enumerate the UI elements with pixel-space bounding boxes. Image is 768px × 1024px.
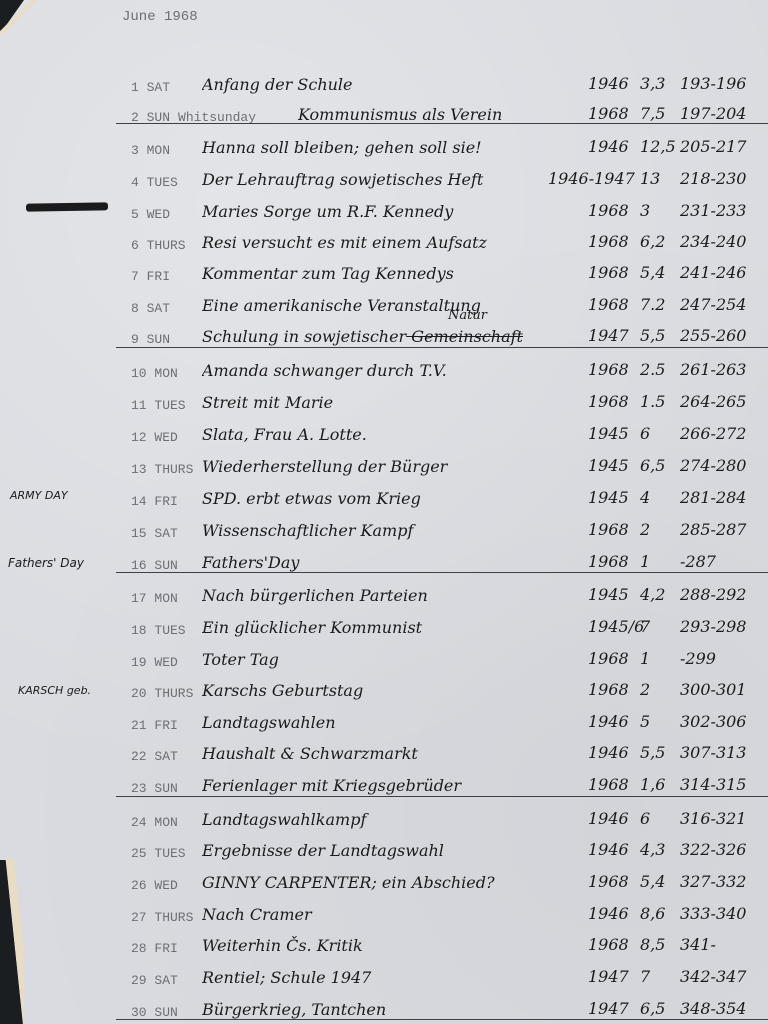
year-value: 1946 [588, 809, 634, 828]
day-row: 20 THURSKarschs Geburtstag19682300-301 [0, 672, 768, 703]
day-label: 12 WED [131, 430, 178, 445]
hours-value: 6 [640, 424, 676, 443]
page-range: 327-332 [680, 872, 768, 891]
day-label: 4 TUES [131, 175, 178, 190]
inserted-word: Natur [448, 308, 487, 323]
page-range: 288-292 [680, 585, 768, 604]
year-value: 1945 [588, 488, 634, 507]
diary-entry: Karschs Geburtstag [202, 681, 582, 700]
hours-value: 5,5 [640, 326, 676, 345]
year-value: 1946-1947 [548, 169, 594, 188]
page-range: 247-254 [680, 295, 768, 314]
diary-entry: Nach bürgerlichen Parteien [202, 586, 582, 605]
year-value: 1947 [588, 326, 634, 345]
page-range: 316-321 [680, 809, 768, 828]
page-range: 205-217 [680, 137, 768, 156]
hours-value: 4,3 [640, 840, 676, 859]
day-row: 13 THURSWiederherstellung der Bürger1945… [0, 448, 768, 479]
page-range: -287 [680, 552, 768, 571]
day-label: 14 FRI [131, 494, 178, 509]
year-value: 1968 [588, 201, 634, 220]
day-label: 29 SAT [131, 973, 178, 988]
day-row: 4 TUESDer Lehrauftrag sowjetisches Heft1… [0, 161, 768, 192]
diary-page: June 1968 1 SATAnfang der Schule19463,31… [0, 0, 768, 1024]
diary-entry: SPD. erbt etwas vom Krieg [202, 489, 582, 508]
diary-entry: Landtagswahlen [202, 713, 582, 732]
page-range: 234-240 [680, 232, 768, 251]
year-value: 1968 [588, 104, 634, 123]
hours-value: 5,4 [640, 872, 676, 891]
hours-value: 6,5 [640, 456, 676, 475]
day-label: 7 FRI [131, 269, 170, 284]
page-range: 193-196 [680, 74, 768, 93]
diary-entry: Landtagswahlkampf [202, 810, 582, 829]
week-divider [116, 796, 768, 797]
year-value: 1945 [588, 424, 634, 443]
hours-value: 8,5 [640, 935, 676, 954]
page-range: 307-313 [680, 743, 768, 762]
day-row: 22 SATHaushalt & Schwarzmarkt19465,5307-… [0, 735, 768, 766]
page-range: 218-230 [680, 169, 768, 188]
hours-value: 2 [640, 520, 676, 539]
day-row: 28 FRIWeiterhin Čs. Kritik19688,5341- [0, 927, 768, 958]
hours-value: 5,4 [640, 263, 676, 282]
year-value: 1968 [588, 232, 634, 251]
page-range: 261-263 [680, 360, 768, 379]
diary-entry: Anfang der Schule [202, 75, 582, 94]
page-range: 322-326 [680, 840, 768, 859]
page-range: 302-306 [680, 712, 768, 731]
day-label: 15 SAT [131, 526, 178, 541]
day-row: 27 THURSNach Cramer19468,6333-340 [0, 896, 768, 927]
day-row: 21 FRILandtagswahlen19465302-306 [0, 704, 768, 735]
day-row: 6 THURSResi versucht es mit einem Aufsat… [0, 224, 768, 255]
day-row: 30 SUNBürgerkrieg, Tantchen19476,5348-35… [0, 991, 768, 1022]
year-value: 1968 [588, 649, 634, 668]
year-value: 1947 [588, 999, 634, 1018]
page-range: -299 [680, 649, 768, 668]
day-row: 8 SATEine amerikanische Veranstaltung196… [0, 287, 768, 318]
year-value: 1945/6 [588, 617, 634, 636]
year-value: 1968 [588, 263, 634, 282]
page-range: 314-315 [680, 775, 768, 794]
diary-entry: Eine amerikanische Veranstaltung [202, 296, 582, 315]
diary-entry: Der Lehrauftrag sowjetisches Heft [202, 170, 582, 189]
day-row: 7 FRIKommentar zum Tag Kennedys19685,424… [0, 255, 768, 286]
diary-entry: Bürgerkrieg, Tantchen [202, 1000, 582, 1019]
day-label: 17 MON [131, 591, 178, 606]
day-row: 14 FRISPD. erbt etwas vom Krieg19454281-… [0, 480, 768, 511]
year-value: 1947 [588, 967, 634, 986]
hours-value: 7 [640, 617, 676, 636]
day-label: 30 SUN [131, 1005, 178, 1020]
day-label: 6 THURS [131, 238, 186, 253]
month-title: June 1968 [122, 9, 198, 25]
margin-note-fathers-day: Fathers' Day [8, 556, 84, 570]
day-row: 11 TUESStreit mit Marie19681.5264-265 [0, 384, 768, 415]
diary-entry: Ferienlager mit Kriegsgebrüder [202, 776, 582, 795]
scribbled-out-note [26, 202, 108, 211]
hours-value: 1 [640, 552, 676, 571]
year-value: 1946 [588, 840, 634, 859]
day-label: 1 SAT [131, 80, 170, 95]
day-label: 11 TUES [131, 398, 186, 413]
day-label: 22 SAT [131, 749, 178, 764]
day-row: 19 WEDToter Tag19681-299 [0, 641, 768, 672]
page-range: 342-347 [680, 967, 768, 986]
year-value: 1968 [588, 552, 634, 571]
year-value: 1968 [588, 295, 634, 314]
diary-entry: Kommentar zum Tag Kennedys [202, 264, 582, 283]
day-label: 26 WED [131, 878, 178, 893]
page-edge-fold [0, 0, 36, 34]
day-label: 18 TUES [131, 623, 186, 638]
year-value: 1968 [588, 872, 634, 891]
diary-entry: GINNY CARPENTER; ein Abschied? [202, 873, 582, 892]
hours-value: 3 [640, 201, 676, 220]
hours-value: 6 [640, 809, 676, 828]
page-range: 341- [680, 935, 768, 954]
hours-value: 7 [640, 967, 676, 986]
day-row: 16 SUNFathers'Day19681-287 [0, 544, 768, 575]
diary-entry: Amanda schwanger durch T.V. [202, 361, 582, 380]
page-range: 293-298 [680, 617, 768, 636]
day-row: 15 SATWissenschaftlicher Kampf19682285-2… [0, 512, 768, 543]
day-row: 9 SUNSchulung in sowjetischer Gemeinscha… [0, 318, 768, 349]
day-row: 5 WEDMaries Sorge um R.F. Kennedy1968323… [0, 193, 768, 224]
page-range: 274-280 [680, 456, 768, 475]
page-range: 255-260 [680, 326, 768, 345]
day-row: 3 MONHanna soll bleiben; gehen soll sie!… [0, 129, 768, 160]
diary-entry: Nach Cramer [202, 905, 582, 924]
day-label: 8 SAT [131, 301, 170, 316]
day-label: 3 MON [131, 143, 170, 158]
year-value: 1968 [588, 935, 634, 954]
page-range: 231-233 [680, 201, 768, 220]
day-label: 19 WED [131, 655, 178, 670]
page-range: 333-340 [680, 904, 768, 923]
week-divider [116, 347, 768, 348]
day-row: 10 MONAmanda schwanger durch T.V.19682.5… [0, 352, 768, 383]
day-label: 21 FRI [131, 718, 178, 733]
diary-entry: Hanna soll bleiben; gehen soll sie! [202, 138, 582, 157]
margin-note-karsch-birthday: KARSCH geb. [18, 684, 91, 697]
year-value: 1946 [588, 137, 634, 156]
year-value: 1968 [588, 680, 634, 699]
day-label: 13 THURS [131, 462, 193, 477]
hours-value: 3,3 [640, 74, 676, 93]
week-divider [116, 572, 768, 573]
hours-value: 1 [640, 649, 676, 668]
year-value: 1946 [588, 712, 634, 731]
year-value: 1946 [588, 743, 634, 762]
diary-entry: Slata, Frau A. Lotte. [202, 425, 582, 444]
day-row: 23 SUNFerienlager mit Kriegsgebrüder1968… [0, 767, 768, 798]
hours-value: 6,2 [640, 232, 676, 251]
day-row: 29 SATRentiel; Schule 194719477342-347 [0, 959, 768, 990]
hours-value: 4 [640, 488, 676, 507]
day-label: 5 WED [131, 207, 170, 222]
hours-value: 13 [640, 169, 676, 188]
page-range: 264-265 [680, 392, 768, 411]
hours-value: 12,5 [640, 137, 676, 156]
day-label: 10 MON [131, 366, 178, 381]
diary-entry: Fathers'Day [202, 553, 582, 572]
diary-entry: Kommunismus als Verein [298, 105, 588, 124]
page-range: 348-354 [680, 999, 768, 1018]
page-range: 281-284 [680, 488, 768, 507]
week-divider [116, 123, 768, 124]
year-value: 1946 [588, 74, 634, 93]
diary-entry: Schulung in sowjetischer Gemeinschaft [202, 327, 582, 346]
day-label: 28 FRI [131, 941, 178, 956]
diary-entry: Wiederherstellung der Bürger [202, 457, 582, 476]
year-value: 1946 [588, 904, 634, 923]
page-range: 241-246 [680, 263, 768, 282]
day-row: 1 SATAnfang der Schule19463,3193-196 [0, 66, 768, 97]
diary-entry: Maries Sorge um R.F. Kennedy [202, 202, 582, 221]
hours-value: 6,5 [640, 999, 676, 1018]
day-row: 24 MONLandtagswahlkampf19466316-321 [0, 801, 768, 832]
hours-value: 7,5 [640, 104, 676, 123]
diary-entry: Resi versucht es mit einem Aufsatz [202, 233, 582, 252]
day-label: 9 SUN [131, 332, 170, 347]
page-edge-bottom-left [0, 860, 24, 1024]
hours-value: 5,5 [640, 743, 676, 762]
diary-entry: Haushalt & Schwarzmarkt [202, 744, 582, 763]
struck-text: Gemeinschaft [406, 327, 523, 346]
hours-value: 5 [640, 712, 676, 731]
hours-value: 2.5 [640, 360, 676, 379]
day-label: 27 THURS [131, 910, 193, 925]
diary-entry: Wissenschaftlicher Kampf [202, 521, 582, 540]
year-value: 1945 [588, 456, 634, 475]
day-row: 18 TUESEin glücklicher Kommunist1945/672… [0, 609, 768, 640]
page-range: 266-272 [680, 424, 768, 443]
year-value: 1968 [588, 392, 634, 411]
diary-entry: Ergebnisse der Landtagswahl [202, 841, 582, 860]
day-label: 20 THURS [131, 686, 193, 701]
day-row: 25 TUESErgebnisse der Landtagswahl19464,… [0, 832, 768, 863]
page-range: 300-301 [680, 680, 768, 699]
hours-value: 8,6 [640, 904, 676, 923]
hours-value: 7.2 [640, 295, 676, 314]
day-row: 12 WEDSlata, Frau A. Lotte.19456266-272 [0, 416, 768, 447]
hours-value: 1,6 [640, 775, 676, 794]
hours-value: 1.5 [640, 392, 676, 411]
day-label: 23 SUN [131, 781, 178, 796]
page-range: 285-287 [680, 520, 768, 539]
diary-entry: Streit mit Marie [202, 393, 582, 412]
day-label: 16 SUN [131, 558, 178, 573]
diary-entry: Rentiel; Schule 1947 [202, 968, 582, 987]
year-value: 1968 [588, 520, 634, 539]
margin-note-army-day: ARMY DAY [10, 489, 68, 502]
day-row: 26 WEDGINNY CARPENTER; ein Abschied?1968… [0, 864, 768, 895]
day-row: 17 MONNach bürgerlichen Parteien19454,22… [0, 577, 768, 608]
year-value: 1968 [588, 775, 634, 794]
hours-value: 2 [640, 680, 676, 699]
page-range: 197-204 [680, 104, 768, 123]
hours-value: 4,2 [640, 585, 676, 604]
day-label: 24 MON [131, 815, 178, 830]
diary-entry: Toter Tag [202, 650, 582, 669]
diary-entry: Ein glücklicher Kommunist [202, 618, 582, 637]
year-value: 1968 [588, 360, 634, 379]
year-value: 1945 [588, 585, 634, 604]
day-label: 25 TUES [131, 846, 186, 861]
diary-entry: Weiterhin Čs. Kritik [202, 936, 582, 955]
week-divider [116, 1019, 768, 1020]
